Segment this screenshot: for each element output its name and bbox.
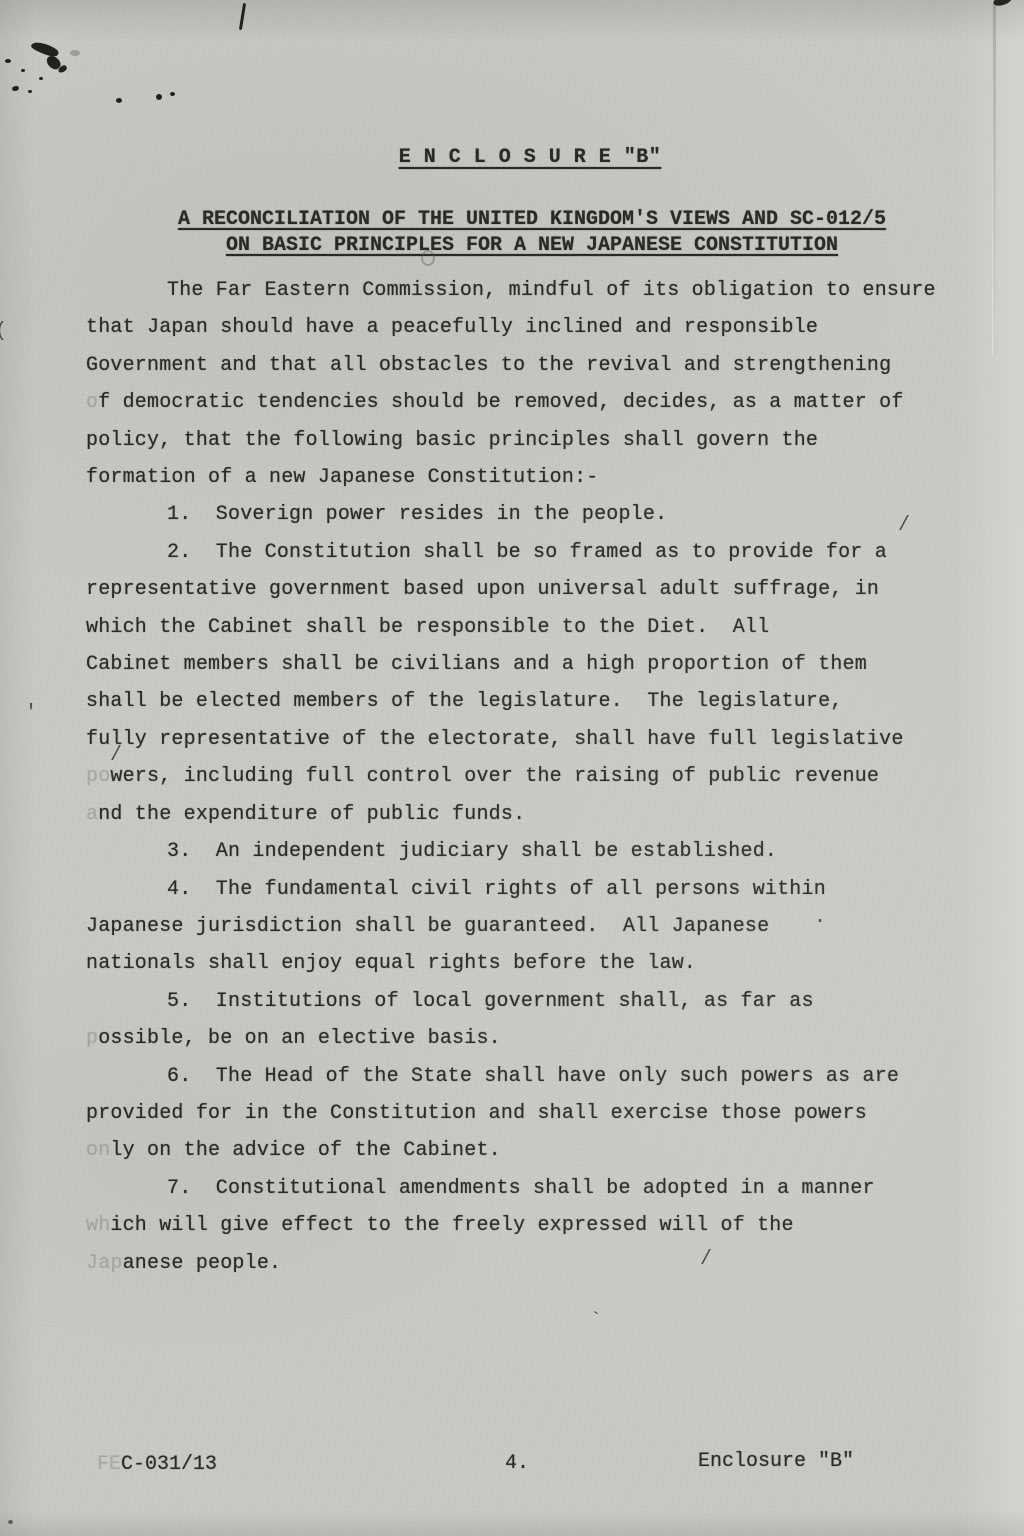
ink-speck (170, 92, 175, 96)
enclosure-label: Enclosure "B" (698, 1450, 854, 1473)
stray-ink-mark: / (700, 1248, 712, 1271)
stray-ink-mark: ` (590, 1310, 602, 1333)
document-subtitle: A RECONCILIATION OF THE UNITED KINGDOM'S… (0, 207, 1024, 259)
subtitle-line-1: A RECONCILIATION OF THE UNITED KINGDOM'S… (40, 207, 1024, 233)
stray-ink-mark: ' (25, 702, 37, 725)
body-line: representative government based upon uni… (86, 571, 936, 608)
body-line: provided for in the Constitution and sha… (86, 1095, 936, 1132)
body-line: which will give effect to the freely exp… (86, 1207, 936, 1244)
body-line: nationals shall enjoy equal rights befor… (86, 945, 936, 982)
ink-stroke (239, 3, 246, 30)
body-line: formation of a new Japanese Constitution… (86, 459, 936, 496)
document-body: The Far Eastern Commission, mindful of i… (86, 272, 936, 1282)
scanned-document-page: /'//`(· E N C L O S U R E "B" A RECONCIL… (0, 0, 1024, 1536)
body-line: and the expenditure of public funds. (86, 796, 936, 833)
body-line: Government and that all obstacles to the… (86, 347, 936, 384)
ink-speck (39, 77, 43, 80)
body-line: only on the advice of the Cabinet. (86, 1132, 936, 1169)
ink-speck (156, 94, 162, 100)
stray-ink-mark: · (814, 910, 826, 933)
body-line: which the Cabinet shall be responsible t… (86, 609, 936, 646)
ink-speck (11, 85, 19, 92)
body-line: Japanese jurisdiction shall be guarantee… (86, 908, 936, 945)
ink-speck (21, 69, 25, 72)
ink-speck (5, 59, 11, 63)
body-line: 7. Constitutional amendments shall be ad… (86, 1170, 936, 1207)
ring-mark (421, 250, 435, 266)
document-header: E N C L O S U R E "B" (0, 146, 1024, 169)
stray-ink-mark: / (898, 514, 910, 537)
body-line: 1. Soverign power resides in the people. (86, 496, 936, 533)
body-line: of democratic tendencies should be remov… (86, 384, 936, 421)
body-line: 3. An independent judiciary shall be est… (86, 833, 936, 870)
body-line: Japanese people. (86, 1245, 936, 1282)
body-line: Cabinet members shall be civilians and a… (86, 646, 936, 683)
body-line: 5. Institutions of local government shal… (86, 983, 936, 1020)
ink-speck (116, 98, 122, 103)
body-line: that Japan should have a peacefully incl… (86, 309, 936, 346)
body-line: policy, that the following basic princip… (86, 422, 936, 459)
stray-ink-mark: / (110, 744, 122, 767)
body-line: 2. The Constitution shall be so framed a… (86, 534, 936, 571)
body-line: 6. The Head of the State shall have only… (86, 1058, 936, 1095)
body-line: 4. The fundamental civil rights of all p… (86, 871, 936, 908)
page-number: 4. (505, 1452, 529, 1475)
body-line: shall be elected members of the legislat… (86, 683, 936, 720)
paper-crease (992, 4, 996, 354)
document-title: E N C L O S U R E "B" (399, 146, 662, 169)
subtitle-line-2: ON BASIC PRINCIPLES FOR A NEW JAPANESE C… (40, 233, 1024, 259)
doc-number: FEC-031/13 (97, 1453, 217, 1476)
body-line: powers, including full control over the … (86, 758, 936, 795)
ink-speck (8, 1520, 13, 1524)
stray-ink-mark: ( (0, 320, 7, 343)
ink-smudge (70, 50, 80, 56)
ink-speck (28, 90, 32, 93)
body-line: The Far Eastern Commission, mindful of i… (86, 272, 936, 309)
body-line: fully representative of the electorate, … (86, 721, 936, 758)
body-line: possible, be on an elective basis. (86, 1020, 936, 1057)
